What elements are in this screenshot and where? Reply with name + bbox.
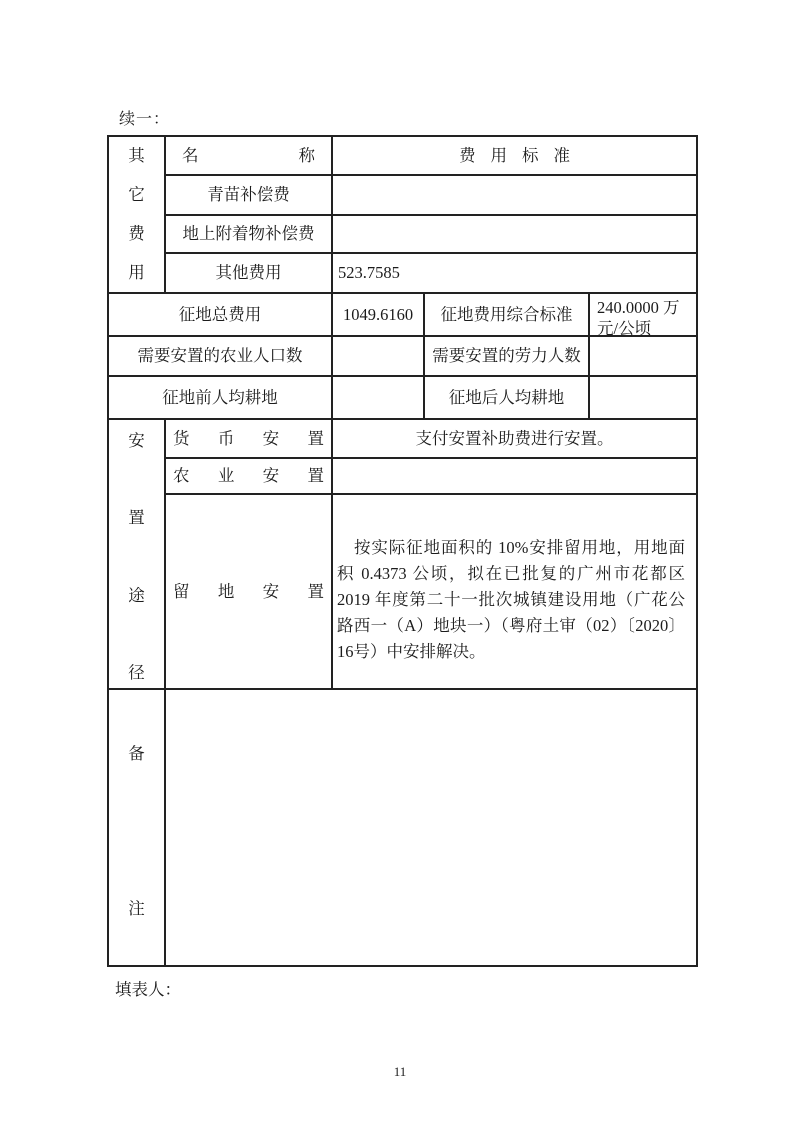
- side-label-remarks: 备注: [109, 690, 166, 965]
- row-attachments-label: 地上附着物补偿费: [166, 216, 333, 254]
- preparer-label: 填表人：: [115, 976, 181, 1000]
- reserved-land-resettlement-label: 留地安置: [166, 495, 333, 690]
- farmland-before-label: 征地前人均耕地: [109, 377, 333, 420]
- row-green-crop-label: 青苗补偿费: [166, 176, 333, 216]
- agri-population-label: 需要安置的农业人口数: [109, 337, 333, 377]
- farmland-before-value: [333, 377, 425, 420]
- farmland-after-label: 征地后人均耕地: [425, 377, 590, 420]
- row-other-fee-value: 523.7585: [333, 254, 696, 294]
- labor-count-label: 需要安置的劳力人数: [425, 337, 590, 377]
- row-green-crop-value: [333, 176, 696, 216]
- land-acquisition-fee-table: 其它费用 名称 费用标准 青苗补偿费 地上附着物补偿费 其他费用 523.758…: [107, 135, 698, 967]
- total-fee-label: 征地总费用: [109, 294, 333, 337]
- comprehensive-standard-value: 240.0000 万 元/公顷: [590, 294, 696, 337]
- farmland-after-value: [590, 377, 696, 420]
- document-page: 续一： 其它费用 名称 费用标准 青苗补偿费 地上附着物补偿费 其他费用 523…: [0, 0, 800, 1131]
- labor-count-value: [590, 337, 696, 377]
- agricultural-resettlement-label: 农业安置: [166, 459, 333, 495]
- monetary-resettlement-label: 货币安置: [166, 420, 333, 459]
- side-label-other-fees: 其它费用: [109, 137, 166, 294]
- header-fee-standard: 费用标准: [333, 137, 696, 176]
- row-other-fee-label: 其他费用: [166, 254, 333, 294]
- header-name: 名称: [166, 137, 333, 176]
- remarks-content: [166, 690, 696, 965]
- monetary-resettlement-content: 支付安置补助费进行安置。: [333, 420, 696, 459]
- continued-caption: 续一：: [119, 106, 170, 129]
- row-attachments-value: [333, 216, 696, 254]
- side-label-resettlement: 安置途径: [109, 420, 166, 690]
- comprehensive-standard-label: 征地费用综合标准: [425, 294, 590, 337]
- agri-population-value: [333, 337, 425, 377]
- agricultural-resettlement-content: [333, 459, 696, 495]
- reserved-land-resettlement-content: 按实际征地面积的 10%安排留用地，用地面积 0.4373 公顷，拟在已批复的广…: [333, 495, 696, 690]
- page-number: 11: [0, 1064, 800, 1080]
- total-fee-value: 1049.6160: [333, 294, 425, 337]
